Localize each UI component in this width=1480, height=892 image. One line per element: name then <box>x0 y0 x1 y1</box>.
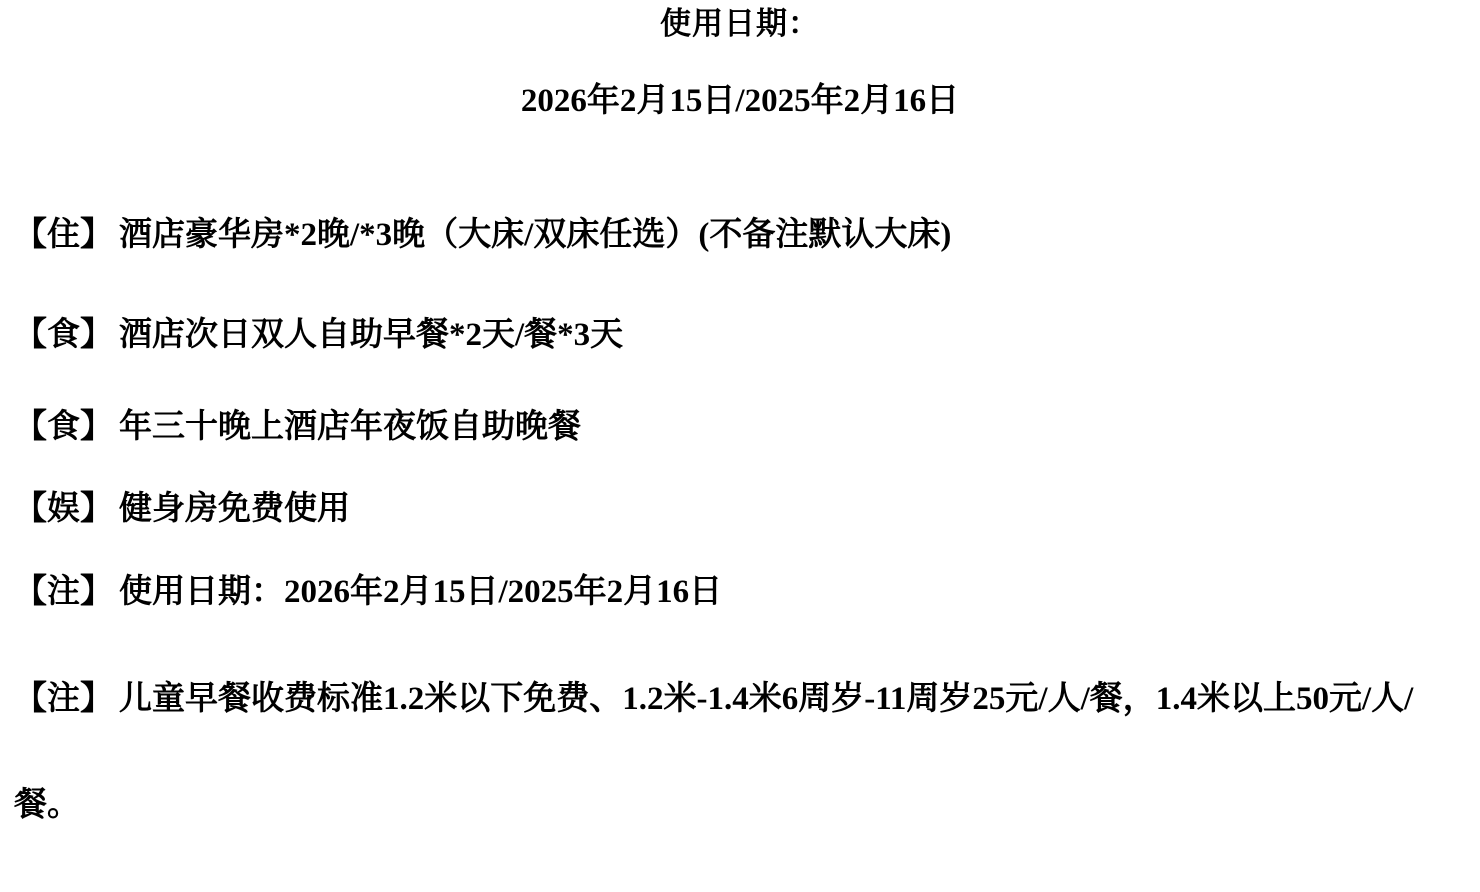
package-item-breakfast: 【食】酒店次日双人自助早餐*2天/餐*3天 <box>14 311 1466 359</box>
item-tag-gym: 【娱】 <box>14 491 113 527</box>
item-tag-stay: 【住】 <box>14 217 113 253</box>
package-details-document: 使用日期： 2026年2月15日/2025年2月16日 【住】酒店豪华房*2晚/… <box>0 0 1480 858</box>
package-item-dinner: 【食】年三十晚上酒店年夜饭自助晚餐 <box>14 403 1466 451</box>
package-item-note-child-fee: 【注】儿童早餐收费标准1.2米以下免费、1.2米-1.4米6周岁-11周岁25元… <box>14 646 1466 858</box>
item-text-breakfast: 酒店次日双人自助早餐*2天/餐*3天 <box>119 317 623 353</box>
item-text-stay: 酒店豪华房*2晚/*3晚（大床/双床任选）(不备注默认大床) <box>119 217 951 253</box>
usage-date-range: 2026年2月15日/2025年2月16日 <box>14 77 1466 125</box>
package-item-note-dates: 【注】使用日期：2026年2月15日/2025年2月16日 <box>14 568 1466 616</box>
package-item-stay: 【住】酒店豪华房*2晚/*3晚（大床/双床任选）(不备注默认大床) <box>14 211 1466 259</box>
usage-date-title: 使用日期： <box>14 0 1466 48</box>
item-tag-breakfast: 【食】 <box>14 317 113 353</box>
item-text-note-dates: 使用日期：2026年2月15日/2025年2月16日 <box>119 574 722 610</box>
item-text-dinner: 年三十晚上酒店年夜饭自助晚餐 <box>119 409 581 445</box>
item-text-gym: 健身房免费使用 <box>119 491 350 527</box>
item-text-note-child-fee: 儿童早餐收费标准1.2米以下免费、1.2米-1.4米6周岁-11周岁25元/人/… <box>14 681 1413 823</box>
package-item-gym: 【娱】健身房免费使用 <box>14 485 1466 533</box>
item-tag-dinner: 【食】 <box>14 409 113 445</box>
item-tag-note-dates: 【注】 <box>14 574 113 610</box>
item-tag-note-child-fee: 【注】 <box>14 681 113 717</box>
